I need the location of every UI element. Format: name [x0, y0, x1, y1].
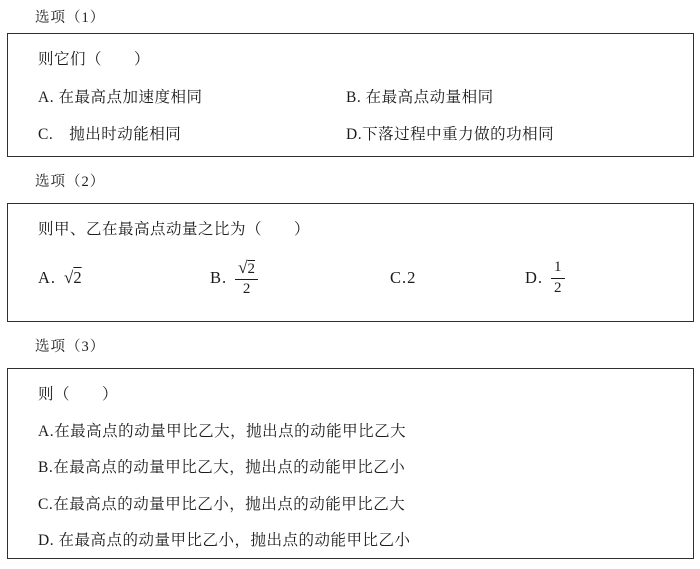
fraction-numerator: 1	[551, 259, 565, 278]
section-3-lines: 则（ ） A.在最高点的动量甲比乙大，抛出点的动能甲比乙大 B.在最高点的动量甲…	[8, 375, 693, 558]
option-2-c-value: 2	[407, 268, 415, 288]
option-2-c: C. 2	[390, 268, 525, 288]
fraction-numerator: √2	[235, 258, 258, 280]
sqrt-expression: √2	[64, 268, 82, 288]
section-1-stem: 则它们（ ）	[38, 47, 693, 69]
question-sheet: 选项（1） 则它们（ ） A. 在最高点加速度相同 B. 在最高点动量相同 C.…	[0, 0, 700, 559]
option-2-b: B. √2 2	[210, 258, 390, 299]
option-3-d: D. 在最高点的动量甲比乙小，抛出点的动能甲比乙小	[8, 521, 693, 558]
section-1-options: A. 在最高点加速度相同 B. 在最高点动量相同 C. 抛出时动能相同 D.下落…	[38, 85, 693, 144]
section-1-header: 选项（1）	[0, 0, 700, 33]
section-2-header: 选项（2）	[0, 157, 700, 203]
option-2-d-label: D.	[525, 268, 543, 288]
fraction-denominator: 2	[243, 280, 251, 298]
section-2-box: 则甲、乙在最高点动量之比为（ ） A. √2 B. √2 2 C. 2 D. 1	[7, 203, 694, 322]
option-1-b: B. 在最高点动量相同	[346, 85, 693, 107]
section-3-box: 则（ ） A.在最高点的动量甲比乙大，抛出点的动能甲比乙大 B.在最高点的动量甲…	[7, 368, 694, 559]
section-2-stem: 则甲、乙在最高点动量之比为（ ）	[38, 217, 693, 239]
radicand: 2	[73, 268, 81, 287]
section-3-stem: 则（ ）	[8, 375, 693, 412]
section-3-header: 选项（3）	[0, 322, 700, 368]
section-1-box: 则它们（ ） A. 在最高点加速度相同 B. 在最高点动量相同 C. 抛出时动能…	[7, 33, 694, 157]
option-2-b-label: B.	[210, 268, 227, 288]
section-2-options: A. √2 B. √2 2 C. 2 D. 1 2	[38, 249, 693, 307]
option-1-c: C. 抛出时动能相同	[38, 122, 346, 144]
fraction: √2 2	[235, 258, 258, 299]
option-2-a-label: A.	[38, 268, 56, 288]
option-3-a: A.在最高点的动量甲比乙大，抛出点的动能甲比乙大	[8, 412, 693, 449]
option-2-a: A. √2	[38, 268, 210, 288]
radicand: 2	[247, 261, 255, 277]
option-2-d: D. 1 2	[525, 259, 565, 297]
fraction: 1 2	[551, 259, 565, 297]
option-1-a: A. 在最高点加速度相同	[38, 85, 346, 107]
option-2-c-label: C.	[390, 268, 407, 288]
option-1-d: D.下落过程中重力做的功相同	[346, 122, 693, 144]
option-3-b: B.在最高点的动量甲比乙大，抛出点的动能甲比乙小	[8, 448, 693, 485]
radical-sign: √	[64, 268, 73, 287]
option-3-c: C.在最高点的动量甲比乙小，抛出点的动能甲比乙大	[8, 485, 693, 522]
fraction-denominator: 2	[554, 279, 562, 297]
